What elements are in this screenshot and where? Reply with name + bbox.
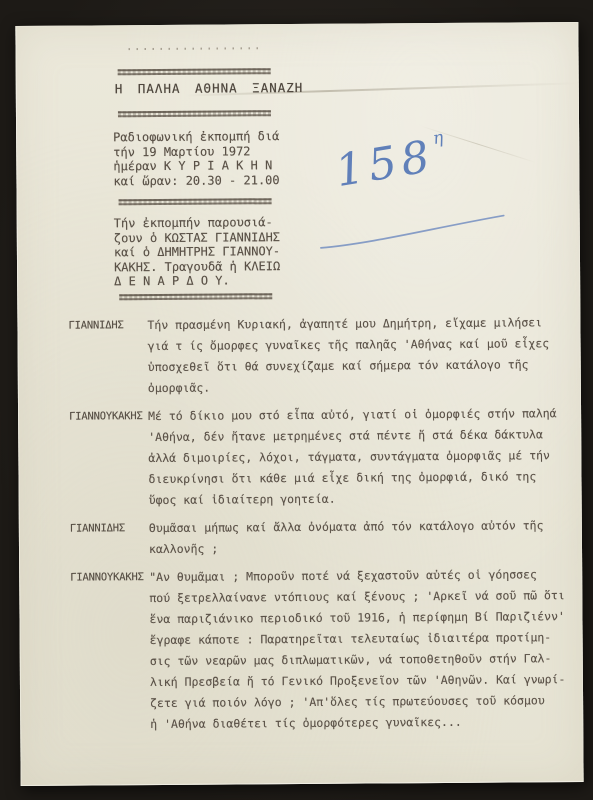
ruled-line: [119, 293, 272, 300]
document-title: Η ΠΑΛΗΑ ΑΘΗΝΑ ΞΑΝΑΖΗ: [115, 80, 304, 96]
dialogue-line: ἔγραφε κάποτε : Παρατηρεῖται τελευταίως …: [150, 627, 572, 651]
broadcast-info-line: ἡμέραν Κ Υ Ρ Ι Α Κ Η Ν: [113, 158, 279, 174]
dialogue-line: διευκρίνησι ὅτι κάθε μιά εἶχε δική της ὀ…: [148, 466, 570, 490]
ruled-line: [119, 198, 272, 205]
presenters-info-line: ζουν ὁ ΚΩΣΤΑΣ ΓΙΑΝΝΙΔΗΣ: [114, 230, 280, 246]
dialogue-text: Θυμᾶσαι μήπως καί ἄλλα ὀνόματα ἀπό τόν κ…: [149, 515, 571, 560]
dialogue-text: "Αν θυμᾶμαι ; Μποροῦν ποτέ νά ξεχαστοῦν …: [149, 564, 572, 735]
dialogue-line: γιά τ ίς ὄμορφες γυναῖκες τῆς παληᾶς 'Αθ…: [148, 333, 570, 357]
dialogue-row: ΓΙΑΝΝΙΔΗΣ Τήν πρασμένη Κυριακή, ἀγαπητέ …: [68, 312, 570, 399]
dialogue-line: "Αν θυμᾶμαι ; Μποροῦν ποτέ νά ξεχαστοῦν …: [149, 564, 571, 588]
dialogue-line: καλλονῆς ;: [149, 536, 571, 560]
dialogue-text: Μέ τό δίκιο μου στό εἶπα αὐτό, γιατί οἱ …: [148, 403, 571, 511]
handwritten-number-digits: 158: [332, 131, 438, 197]
dialogue-line: 'Αθήνα, δέν ἤτανε μετρημένες στά πέντε ἤ…: [148, 424, 570, 448]
dialogue-line: Τήν πρασμένη Κυριακή, ἀγαπητέ μου Δημήτρ…: [147, 312, 569, 336]
handwritten-page-number: 158η: [332, 128, 450, 197]
broadcast-info-block: Ραδιοφωνική ἐκπομπή διά τήν 19 Μαρτίου 1…: [113, 129, 280, 188]
speaker-label: ΓΙΑΝΝΙΔΗΣ: [68, 315, 148, 400]
dialogue-line: πού ξετρελλαίνανε ντόπιους καί ξένους ; …: [149, 585, 571, 609]
dialogue-line: Θυμᾶσαι μήπως καί ἄλλα ὀνόματα ἀπό τόν κ…: [149, 515, 571, 539]
dialogue-row: ΓΙΑΝΝΟΥΚΑΚΗΣ Μέ τό δίκιο μου στό εἶπα αὐ…: [69, 403, 571, 511]
presenters-info-line: Τήν ἐκπομπήν παρουσιά-: [114, 215, 280, 231]
dialogue-line: ἀλλά διμοιρίες, λόχοι, τάγματα, συντάγμα…: [148, 445, 570, 469]
speaker-label: ΓΙΑΝΝΙΔΗΣ: [70, 518, 149, 561]
dialogue-text: Τήν πρασμένη Κυριακή, ἀγαπητέ μου Δημήτρ…: [147, 312, 570, 399]
ruled-line: [118, 110, 271, 117]
dialogue-row: ΓΙΑΝΝΟΥΚΑΚΗΣ "Αν θυμᾶμαι ; Μποροῦν ποτέ …: [70, 564, 572, 735]
dialogue-line: ἕνα παριζιάνικο περιοδικό τοῦ 1916, ἡ πε…: [149, 606, 571, 630]
dialogue-line: λική Πρεσβεία ἤ τό Γενικό Προξενεῖον τῶν…: [150, 669, 572, 693]
presenters-info-line: Δ Ε Ν Α Ρ Δ Ο Υ.: [114, 273, 280, 289]
document-paper: Η ΠΑΛΗΑ ΑΘΗΝΑ ΞΑΝΑΖΗ Ραδιοφωνική ἐκπομπή…: [15, 22, 583, 786]
speaker-label: ΓΙΑΝΝΟΥΚΑΚΗΣ: [70, 567, 150, 736]
dialogue-line: ἡ 'Αθήνα διαθέτει τίς ὀμορφότερες γυναῖκ…: [150, 711, 572, 735]
presenters-info-line: καί ὁ ΔΗΜΗΤΡΗΣ ΓΙΑΝΝΟΥ-: [114, 244, 280, 260]
dialogue-line: ὑποσχεθεῖ ὅτι θά συνεχίζαμε καί σήμερα τ…: [148, 354, 570, 378]
dialogue-row: ΓΙΑΝΝΙΔΗΣ Θυμᾶσαι μήπως καί ἄλλα ὀνόματα…: [70, 515, 571, 560]
presenters-info-block: Τήν ἐκπομπήν παρουσιά- ζουν ὁ ΚΩΣΤΑΣ ΓΙΑ…: [114, 215, 281, 289]
dotted-rule: [129, 47, 263, 50]
dialogue-line: Μέ τό δίκιο μου στό εἶπα αὐτό, γιατί οἱ …: [148, 403, 570, 427]
speaker-label: ΓΙΑΝΝΟΥΚΑΚΗΣ: [69, 406, 149, 512]
dialogue-line: ζετε γιά ποιόν λόγο ; 'Απ'ὅλες τίς πρωτε…: [150, 690, 572, 714]
dialogue-section: ΓΙΑΝΝΙΔΗΣ Τήν πρασμένη Κυριακή, ἀγαπητέ …: [68, 312, 572, 742]
dialogue-line: ὀμορφιᾶς.: [148, 375, 570, 399]
broadcast-info-line: καί ὥραν: 20.30 - 21.00: [113, 173, 279, 189]
scanner-background: Η ΠΑΛΗΑ ΑΘΗΝΑ ΞΑΝΑΖΗ Ραδιοφωνική ἐκπομπή…: [0, 0, 593, 800]
dialogue-line: σις τῶν νεαρῶν μας διπλωματικῶν, νά τοπο…: [150, 648, 572, 672]
broadcast-info-line: Ραδιοφωνική ἐκπομπή διά: [113, 129, 279, 145]
handwritten-number-suffix: η: [431, 128, 444, 149]
handwritten-underline-stroke: [318, 212, 508, 253]
broadcast-info-line: τήν 19 Μαρτίου 1972: [113, 144, 279, 160]
dialogue-line: ὕφος καί ἰδιαίτερη γοητεία.: [149, 487, 571, 511]
presenters-info-line: ΚΑΚΗΣ. Τραγουδᾶ ἡ ΚΛΕΙΩ: [114, 259, 280, 275]
ruled-line: [118, 68, 271, 75]
